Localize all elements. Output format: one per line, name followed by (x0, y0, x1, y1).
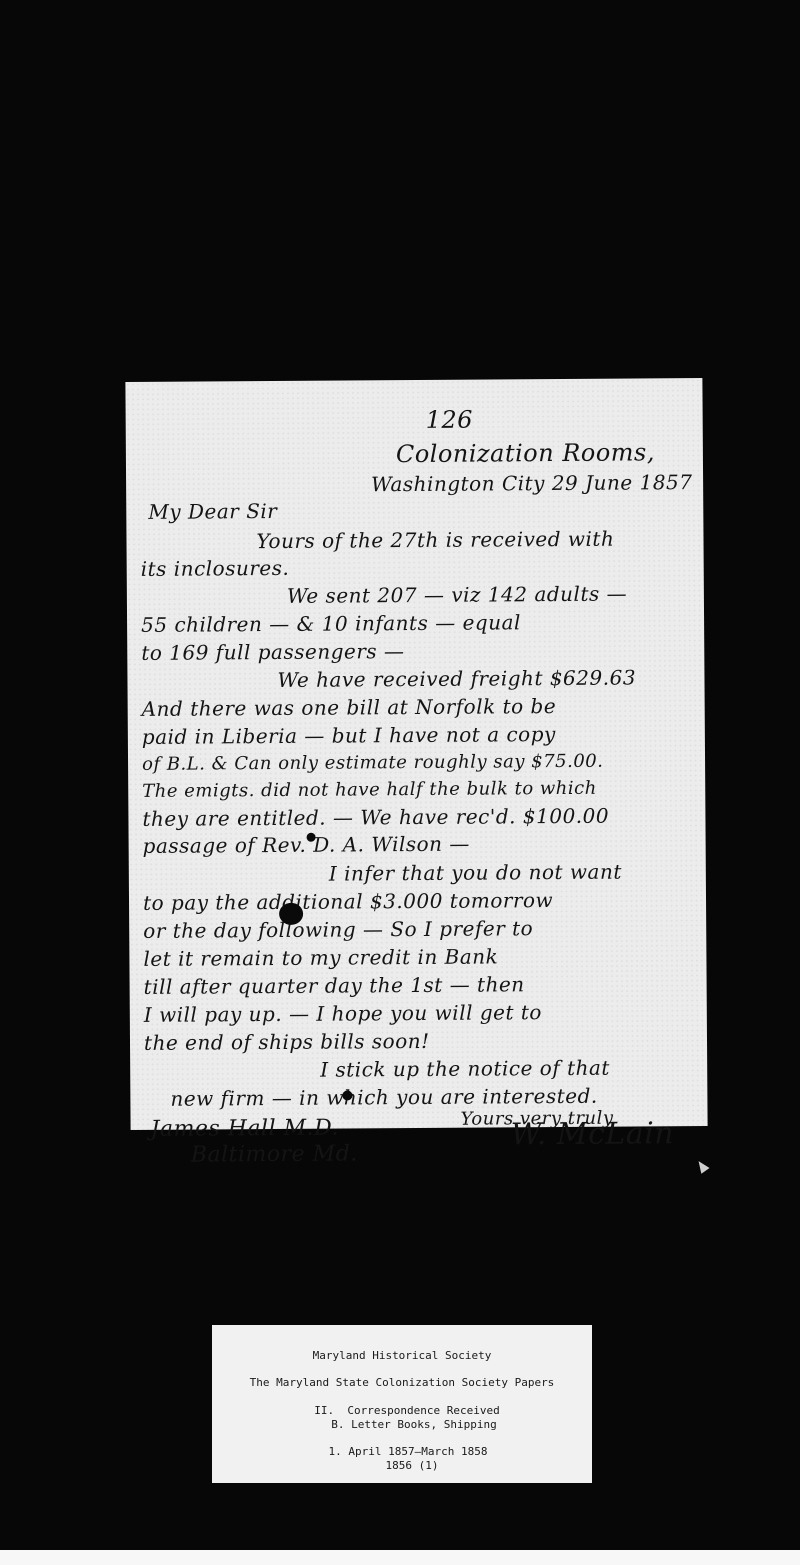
letter-body-line: or the day following — So I prefer to (143, 916, 533, 943)
letter-heading-date: Washington City 29 June 1857 (371, 470, 693, 496)
letter-body-line: to pay the additional $3.000 tomorrow (143, 888, 553, 915)
addressee-name: James Hall M.D. (151, 1117, 340, 1142)
letter-body-line: till after quarter day the 1st — then (144, 972, 525, 999)
ink-blot (307, 833, 316, 842)
label-volume: 1. April 1857—March 1858 (212, 1445, 592, 1458)
letter-body-line: they are entitled. — We have rec'd. $100… (142, 804, 609, 831)
ink-blot (279, 903, 303, 925)
letter-body-line: I stick up the notice of that (320, 1056, 610, 1082)
letter-body-line: I will pay up. — I hope you will get to (144, 1000, 542, 1027)
label-subseries: B. Letter Books, Shipping (212, 1418, 592, 1431)
label-series: II. Correspondence Received (212, 1404, 592, 1417)
letter-body-line: 55 children — & 10 infants — equal (141, 610, 521, 637)
letter-body-line: paid in Liberia — but I have not a copy (142, 722, 556, 749)
letter-heading-place: Colonization Rooms, (396, 440, 655, 466)
letter-body-line: The emigts. did not have half the bulk t… (142, 777, 597, 804)
page-number: 126 (426, 408, 473, 432)
microfilm-frame: 126 Colonization Rooms, Washington City … (0, 0, 800, 1550)
letter-body-line: Yours of the 27th is received with (256, 527, 614, 553)
letter-body-line: We sent 207 — viz 142 adults — (287, 582, 627, 608)
mouse-cursor-icon (694, 1158, 709, 1174)
bottom-strip (0, 1550, 800, 1565)
letter-body-line: its inclosures. (141, 556, 290, 581)
letter-body-line: let it remain to my credit in Bank (143, 944, 498, 970)
label-collection: The Maryland State Colonization Society … (212, 1376, 592, 1389)
archive-label-card: Maryland Historical Society The Maryland… (212, 1325, 592, 1483)
ink-blot (342, 1090, 352, 1100)
letter-body-line: I infer that you do not want (329, 860, 622, 886)
handwritten-letter: 126 Colonization Rooms, Washington City … (125, 378, 707, 1130)
letter-body-line: of B.L. & Can only estimate roughly say … (142, 750, 604, 777)
letter-body-line: And there was one bill at Norfolk to be (142, 694, 557, 721)
label-reel: 1856 (1) (212, 1459, 592, 1472)
signature: W. McLain (511, 1122, 675, 1147)
letter-salutation: My Dear Sir (148, 499, 277, 524)
letter-body-line: We have received freight $629.63 (277, 665, 636, 692)
letter-body-line: to 169 full passengers — (141, 639, 404, 665)
addressee-place: Baltimore Md. (191, 1142, 358, 1167)
letter-body-line: the end of ships bills soon! (144, 1029, 430, 1055)
label-institution: Maryland Historical Society (212, 1349, 592, 1362)
